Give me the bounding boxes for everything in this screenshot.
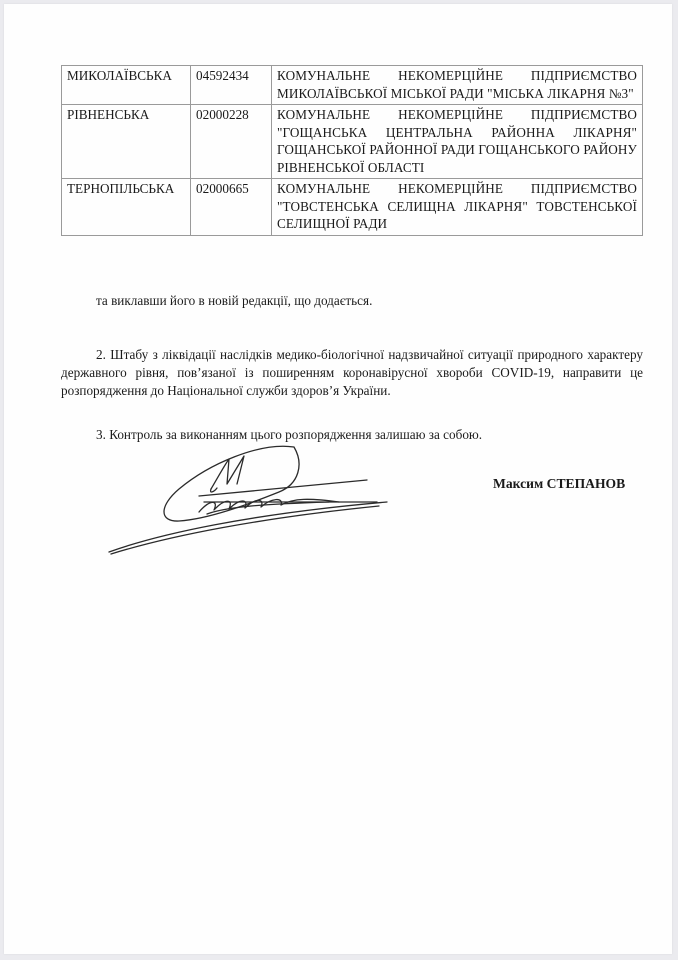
code-cell: 02000228	[191, 105, 272, 179]
table-row: ТЕРНОПІЛЬСЬКА 02000665 КОМУНАЛЬНЕ НЕКОМЕ…	[62, 179, 643, 236]
region-cell: ТЕРНОПІЛЬСЬКА	[62, 179, 191, 236]
signer-name: Максим СТЕПАНОВ	[493, 476, 625, 492]
item-3-paragraph: 3. Контроль за виконанням цього розпоряд…	[61, 426, 643, 444]
hospitals-table: МИКОЛАЇВСЬКА 04592434 КОМУНАЛЬНЕ НЕКОМЕР…	[61, 65, 643, 236]
code-cell: 04592434	[191, 66, 272, 105]
region-cell: МИКОЛАЇВСЬКА	[62, 66, 191, 105]
institution-name-cell: КОМУНАЛЬНЕ НЕКОМЕРЦІЙНЕ ПІДПРИЄМСТВО "ТО…	[272, 179, 643, 236]
continuation-paragraph: та виклавши його в новій редакції, що до…	[61, 292, 643, 310]
institution-name-cell: КОМУНАЛЬНЕ НЕКОМЕРЦІЙНЕ ПІДПРИЄМСТВО МИК…	[272, 66, 643, 105]
document-page: МИКОЛАЇВСЬКА 04592434 КОМУНАЛЬНЕ НЕКОМЕР…	[4, 4, 672, 954]
table-row: РІВНЕНСЬКА 02000228 КОМУНАЛЬНЕ НЕКОМЕРЦІ…	[62, 105, 643, 179]
item-2-paragraph: 2. Штабу з ліквідації наслідків медико-б…	[61, 346, 643, 400]
institution-name-cell: КОМУНАЛЬНЕ НЕКОМЕРЦІЙНЕ ПІДПРИЄМСТВО "ГО…	[272, 105, 643, 179]
signature-image	[99, 444, 389, 564]
code-cell: 02000665	[191, 179, 272, 236]
region-cell: РІВНЕНСЬКА	[62, 105, 191, 179]
table-row: МИКОЛАЇВСЬКА 04592434 КОМУНАЛЬНЕ НЕКОМЕР…	[62, 66, 643, 105]
